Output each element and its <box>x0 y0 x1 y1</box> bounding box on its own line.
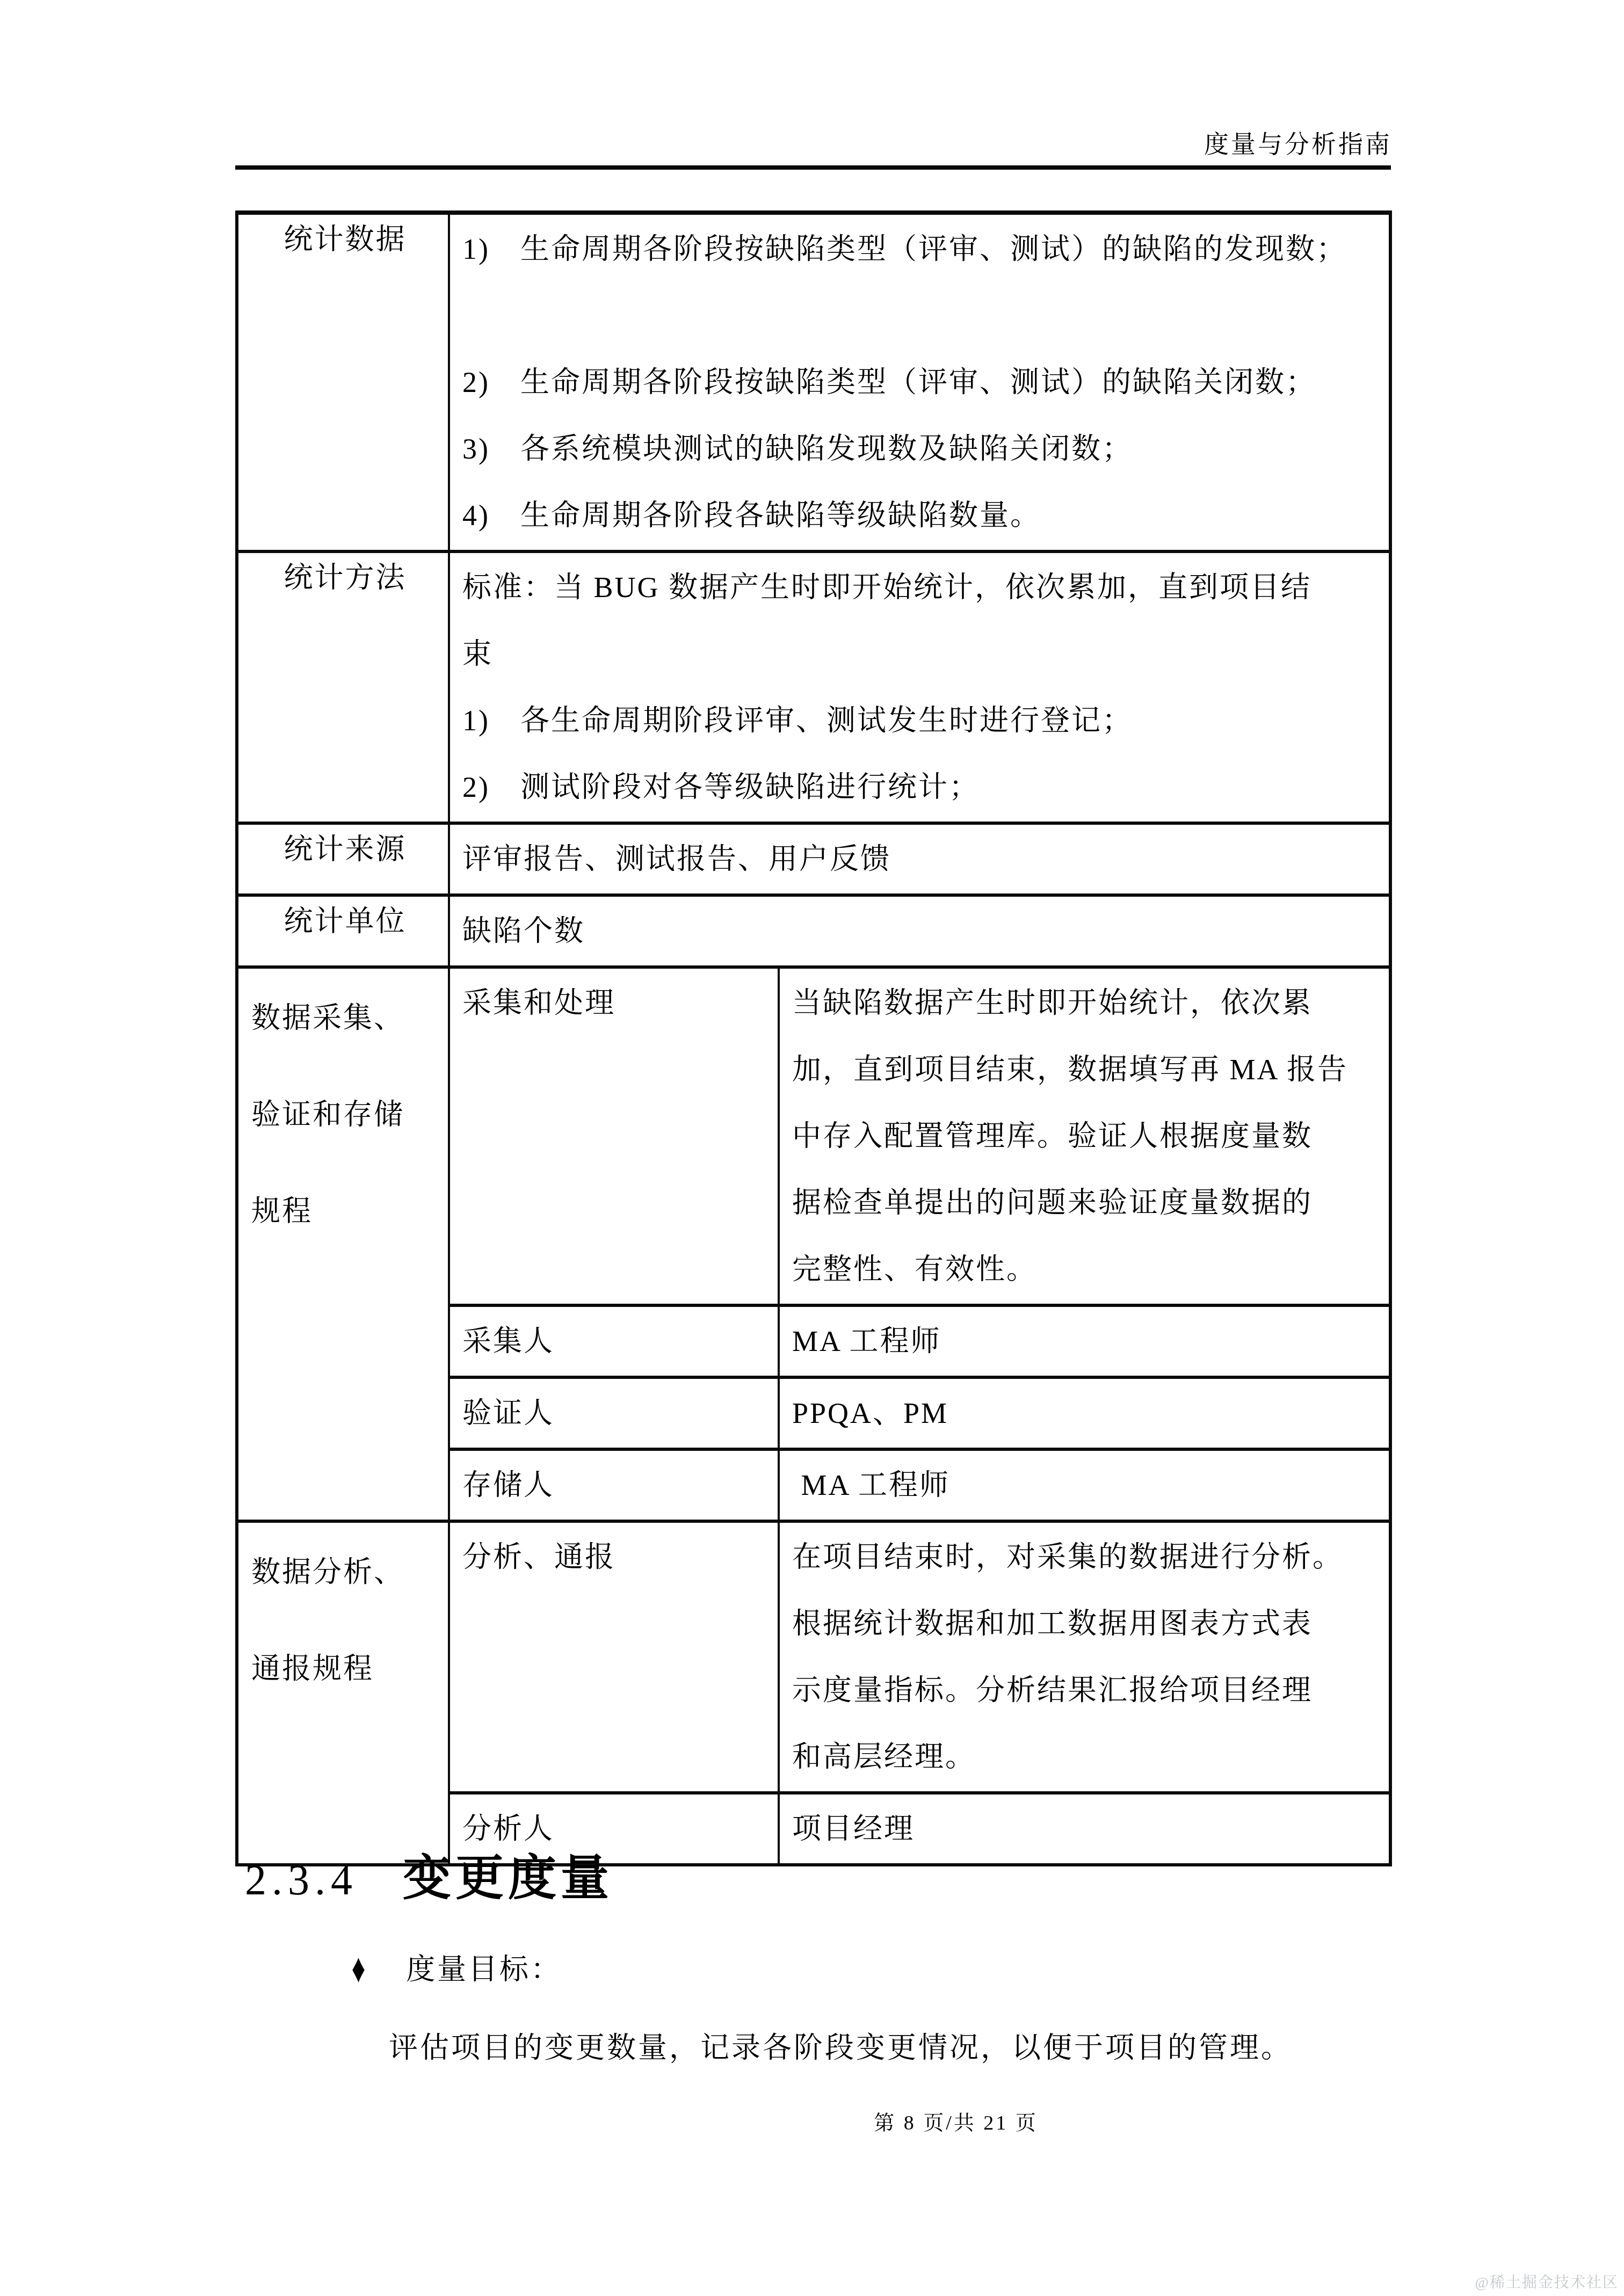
section-number: 2.3.4 <box>245 1856 358 1904</box>
table-row: 统计数据 1) 生命周期各阶段按缺陷类型（评审、测试）的缺陷的发现数； 2) 生… <box>237 213 1390 551</box>
bullet-line: ♦ 度量目标： <box>350 1946 562 1988</box>
analysis-header-lines: 数据分析、通报规程 <box>251 1524 439 1717</box>
collect-process-value-cell: 当缺陷数据产生时即开始统计，依次累加，直到项目结束，数据填写再 MA 报告中存入… <box>778 967 1390 1305</box>
section-paragraph: 评估项目的变更数量，记录各阶段变更情况，以便于项目的管理。 <box>389 2015 1398 2081</box>
table-row: 统计来源 评审报告、测试报告、用户反馈 <box>237 823 1390 895</box>
stat-unit-value-cell: 缺陷个数 <box>448 895 1390 967</box>
collect-process-lines: 当缺陷数据产生时即开始统计，依次累加，直到项目结束，数据填写再 MA 报告中存入… <box>792 970 1380 1303</box>
table-row: 数据采集、验证和存储规程 采集和处理 当缺陷数据产生时即开始统计，依次累加，直到… <box>237 967 1390 1305</box>
verifier-label-cell: 验证人 <box>448 1377 778 1449</box>
document-page: 度量与分析指南 统计数据 1) 生命周期各阶段按缺陷类型（评审、测试）的缺陷的发… <box>0 0 1624 2296</box>
verifier-value-cell: PPQA、PM <box>778 1377 1390 1449</box>
collect-process-label-cell: 采集和处理 <box>448 967 778 1305</box>
analysis-header-cell: 数据分析、通报规程 <box>237 1521 448 1865</box>
collector-label-cell: 采集人 <box>448 1305 778 1377</box>
header-title: 度量与分析指南 <box>1204 125 1392 160</box>
measurement-table: 统计数据 1) 生命周期各阶段按缺陷类型（评审、测试）的缺陷的发现数； 2) 生… <box>235 210 1392 1866</box>
analyst-value-cell: 项目经理 <box>778 1793 1390 1865</box>
stat-unit-header-cell: 统计单位 <box>237 895 448 967</box>
diamond-bullet-icon: ♦ <box>352 1947 367 1993</box>
collect-header-lines: 数据采集、验证和存储规程 <box>251 970 439 1260</box>
table-row: 数据分析、通报规程 分析、通报 在项目结束时，对采集的数据进行分析。根据统计数据… <box>237 1521 1390 1793</box>
stat-method-value-cell: 标准：当 BUG 数据产生时即开始统计，依次累加，直到项目结束1) 各生命周期阶… <box>448 551 1390 823</box>
stat-source-header-cell: 统计来源 <box>237 823 448 895</box>
analysis-report-lines: 在项目结束时，对采集的数据进行分析。根据统计数据和加工数据用图表方式表示度量指标… <box>792 1524 1380 1790</box>
section-heading: 2.3.4 变更度量 <box>245 1839 613 1908</box>
watermark: @稀土掘金技术社区 <box>1475 2271 1619 2293</box>
collect-header-cell: 数据采集、验证和存储规程 <box>237 967 448 1521</box>
stat-method-header-cell: 统计方法 <box>237 551 448 823</box>
stat-method-lines: 标准：当 BUG 数据产生时即开始统计，依次累加，直到项目结束1) 各生命周期阶… <box>462 554 1380 820</box>
page-footer: 第 8 页/共 21 页 <box>0 2107 1624 2136</box>
storer-value-cell: MA 工程师 <box>778 1449 1390 1521</box>
stat-data-lines: 1) 生命周期各阶段按缺陷类型（评审、测试）的缺陷的发现数； 2) 生命周期各阶… <box>462 216 1380 549</box>
analysis-report-label-cell: 分析、通报 <box>448 1521 778 1793</box>
storer-label-cell: 存储人 <box>448 1449 778 1521</box>
stat-data-value-cell: 1) 生命周期各阶段按缺陷类型（评审、测试）的缺陷的发现数； 2) 生命周期各阶… <box>448 213 1390 551</box>
table-row: 统计方法 标准：当 BUG 数据产生时即开始统计，依次累加，直到项目结束1) 各… <box>237 551 1390 823</box>
section-title: 变更度量 <box>403 1851 613 1905</box>
collector-value-cell: MA 工程师 <box>778 1305 1390 1377</box>
table-row: 统计单位 缺陷个数 <box>237 895 1390 967</box>
stat-data-header-cell: 统计数据 <box>237 213 448 551</box>
analysis-report-value-cell: 在项目结束时，对采集的数据进行分析。根据统计数据和加工数据用图表方式表示度量指标… <box>778 1521 1390 1793</box>
stat-source-value-cell: 评审报告、测试报告、用户反馈 <box>448 823 1390 895</box>
bullet-label: 度量目标： <box>406 1953 562 1986</box>
header-rule <box>235 165 1391 170</box>
